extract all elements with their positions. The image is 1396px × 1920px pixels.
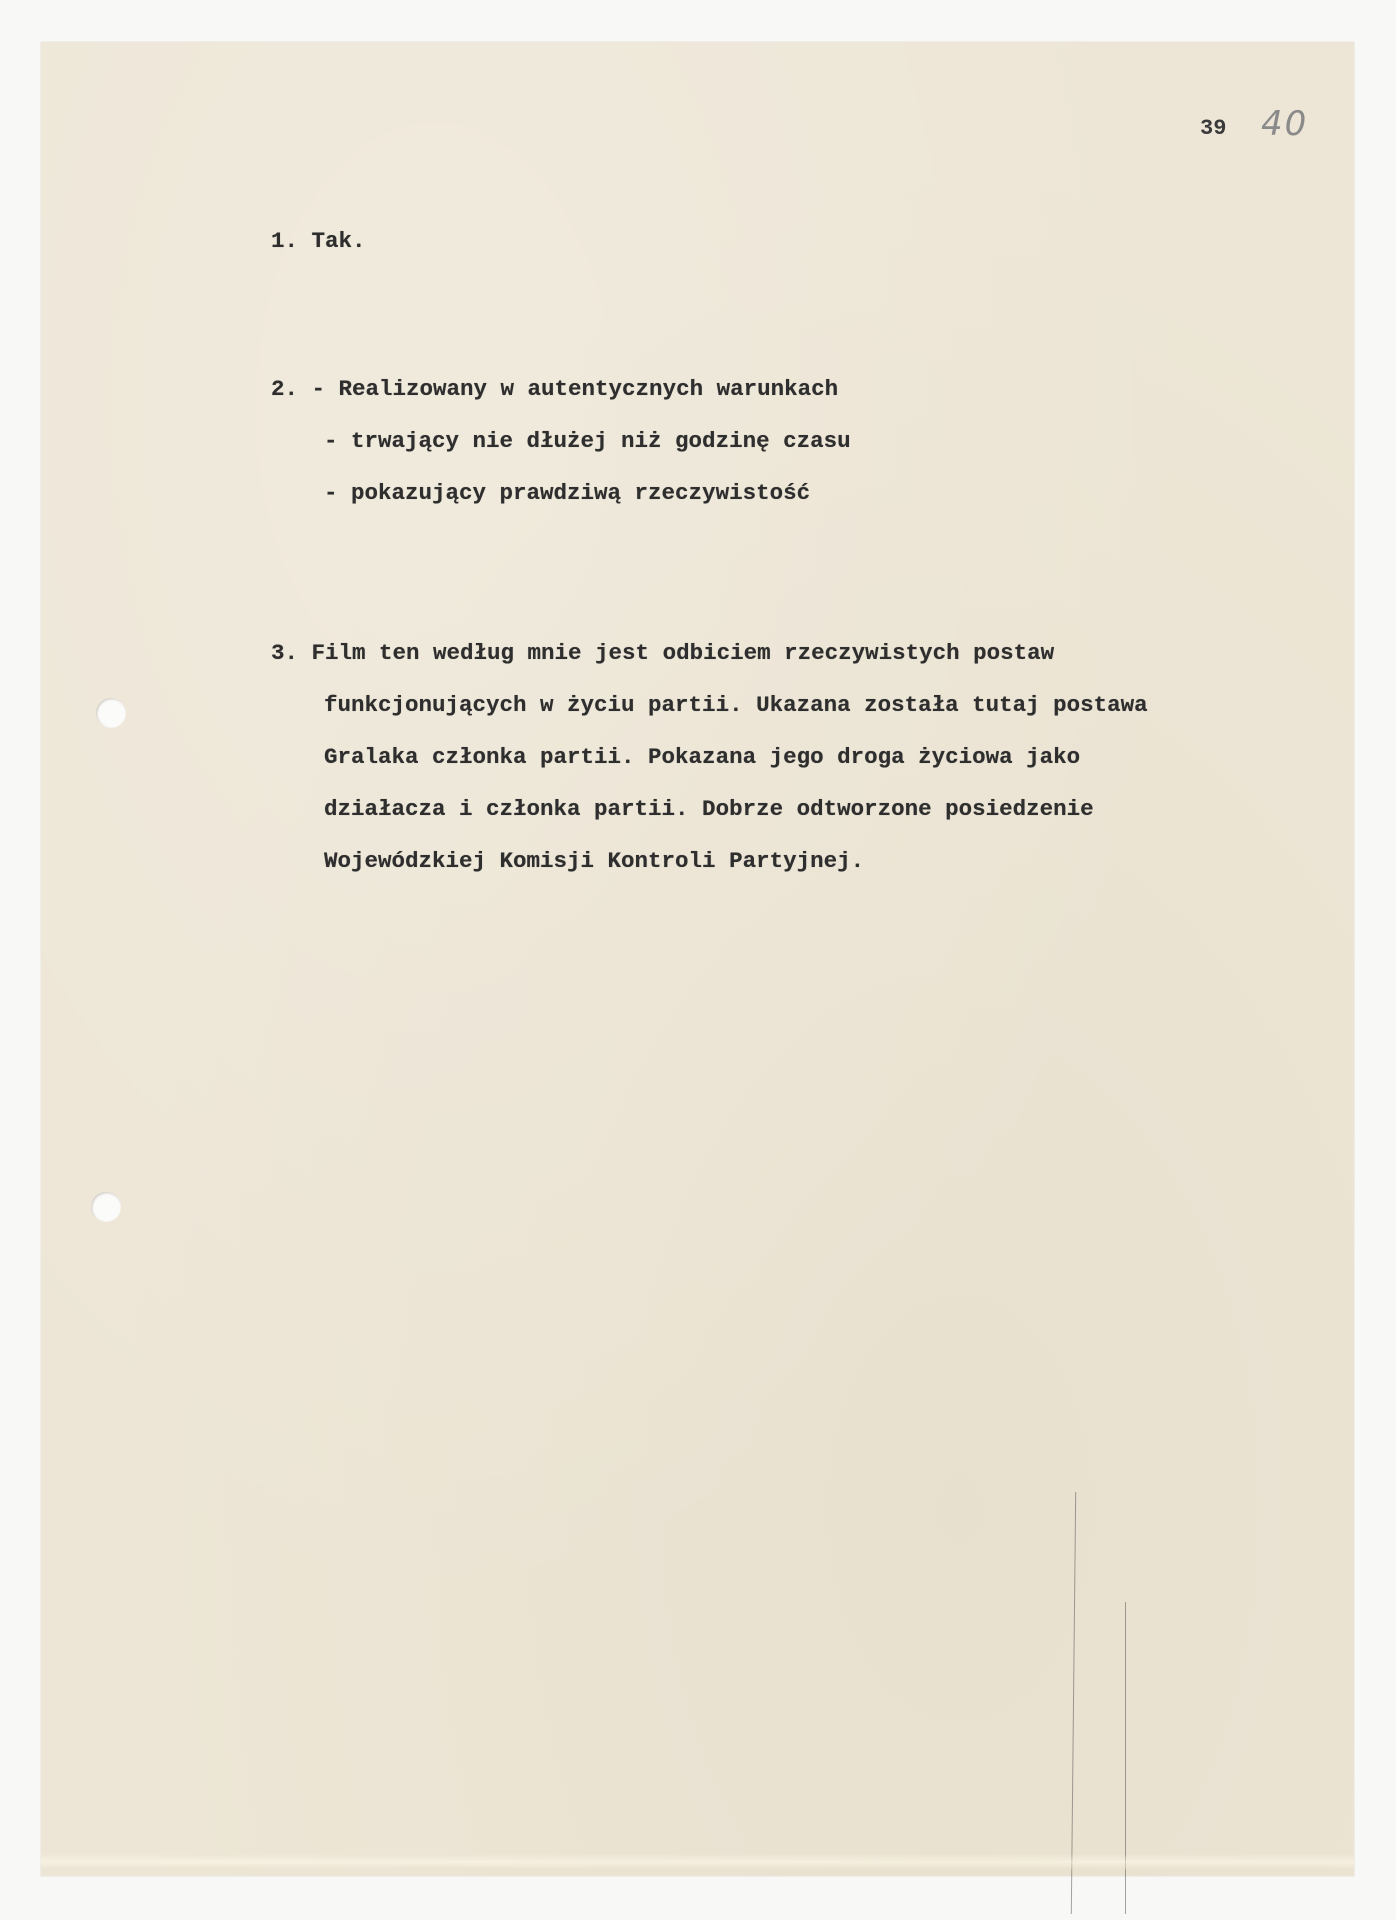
typed-body: 1. Tak. 2. - Realizowany w autentycznych… xyxy=(41,42,95,380)
pencil-mark xyxy=(1071,1492,1076,1914)
typed-page-number: 39 xyxy=(1200,116,1226,141)
answer-3-line: działacza i członka partii. Dobrze odtwo… xyxy=(324,796,1094,822)
answer-3-line: funkcjonujących w życiu partii. Ukazana … xyxy=(324,692,1148,718)
answer-1: 1. Tak. xyxy=(271,228,366,254)
answer-3-line: Gralaka członka partii. Pokazana jego dr… xyxy=(324,744,1080,770)
handwritten-page-number: 40 xyxy=(1261,104,1308,144)
answer-3-line: Wojewódzkiej Komisji Kontroli Partyjnej. xyxy=(324,848,864,874)
answer-2-line: - pokazujący prawdziwą rzeczywistość xyxy=(324,480,810,506)
punch-hole xyxy=(96,698,126,728)
paper-fold xyxy=(41,1854,1354,1870)
punch-hole xyxy=(91,1192,121,1222)
answer-3-line: 3. Film ten według mnie jest odbiciem rz… xyxy=(271,640,1054,666)
document-page: 39 40 1. Tak. 2. - Realizowany w autenty… xyxy=(41,42,1354,1876)
answer-2-line: - trwający nie dłużej niż godzinę czasu xyxy=(324,428,851,454)
answer-2-line: 2. - Realizowany w autentycznych warunka… xyxy=(271,376,838,402)
